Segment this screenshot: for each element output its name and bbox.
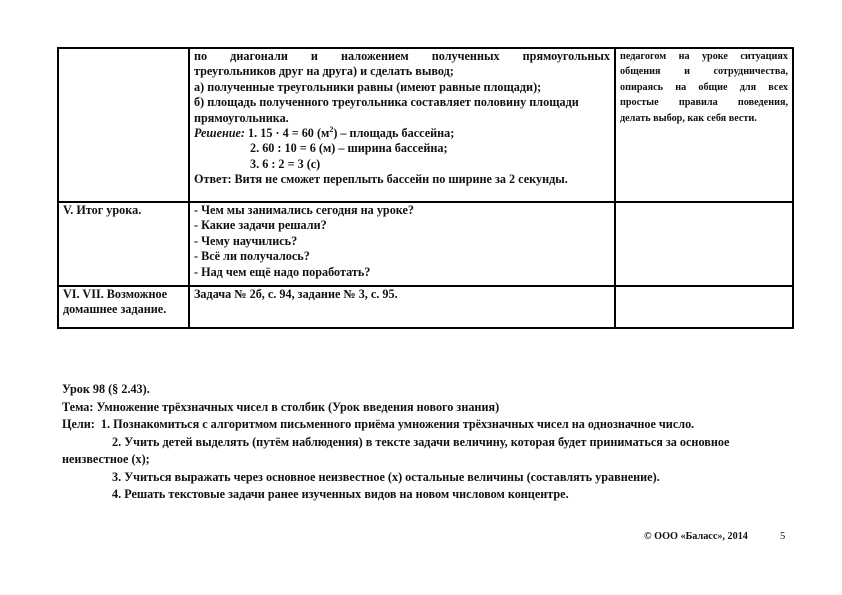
question-line: - Чем мы занимались сегодня на уроке?: [194, 203, 610, 218]
solution-step-1: Решение: 1. 15 · 4 = 60 (м2) – площадь б…: [194, 126, 610, 141]
lesson-header: Урок 98 (§ 2.43). Тема: Умножение трёхзн…: [62, 381, 792, 504]
question-line: - Чему научились?: [194, 234, 610, 249]
goal-3: 3. Учиться выражать через основное неизв…: [62, 469, 792, 487]
uud-line: общения и сотрудничества,: [620, 64, 788, 79]
goal-2-cont: неизвестное (х);: [62, 451, 792, 469]
table-row: по диагонали и наложением полученных пря…: [58, 48, 793, 202]
solution-step-3: 3. 6 : 2 = 3 (с): [194, 157, 610, 172]
uud-cell: [615, 286, 793, 328]
table-row: VI. VII. Возможное домашнее задание. Зад…: [58, 286, 793, 328]
lesson-title: Урок 98 (§ 2.43).: [62, 381, 792, 399]
activity-line: а) полученные треугольники равны (имеют …: [194, 80, 610, 95]
copyright-footer: © ООО «Баласс», 2014: [644, 531, 748, 542]
solution-step-2: 2. 60 : 10 = 6 (м) – ширина бассейна;: [194, 141, 610, 156]
stage-line: VI. VII. Возможное: [63, 287, 184, 302]
activity-cell: по диагонали и наложением полученных пря…: [189, 48, 615, 202]
question-line: - Над чем ещё надо поработать?: [194, 265, 610, 280]
uud-line: делать выбор, как себя вести.: [620, 111, 788, 126]
goal-2: 2. Учить детей выделять (путём наблюдени…: [62, 434, 792, 452]
uud-cell: педагогом на уроке ситуациях общения и с…: [615, 48, 793, 202]
homework-cell: Задача № 2б, с. 94, задание № 3, с. 95.: [189, 286, 615, 328]
answer-line: Ответ: Витя не сможет переплыть бассейн …: [194, 172, 610, 187]
stage-cell: [58, 48, 189, 202]
activity-line: треугольников друг на друга) и сделать в…: [194, 64, 610, 79]
activity-cell: - Чем мы занимались сегодня на уроке? - …: [189, 202, 615, 286]
question-line: - Всё ли получалось?: [194, 249, 610, 264]
table-row: V. Итог урока. - Чем мы занимались сегод…: [58, 202, 793, 286]
activity-line: по диагонали и наложением полученных пря…: [194, 49, 610, 64]
lesson-topic: Тема: Умножение трёхзначных чисел в стол…: [62, 399, 792, 417]
activity-line: прямоугольника.: [194, 111, 610, 126]
solution-label: Решение:: [194, 126, 245, 140]
lesson-plan-table: по диагонали и наложением полученных пря…: [57, 47, 794, 329]
uud-line: опираясь на общие для всех: [620, 80, 788, 95]
uud-line: педагогом на уроке ситуациях: [620, 49, 788, 64]
uud-line: простые правила поведения,: [620, 95, 788, 110]
stage-cell: V. Итог урока.: [58, 202, 189, 286]
document-page: по диагонали и наложением полученных пря…: [0, 0, 842, 595]
stage-line: домашнее задание.: [63, 302, 184, 317]
goal-4: 4. Решать текстовые задачи ранее изученн…: [62, 486, 792, 504]
goals-label: Цели:: [62, 417, 95, 431]
question-line: - Какие задачи решали?: [194, 218, 610, 233]
stage-cell: VI. VII. Возможное домашнее задание.: [58, 286, 189, 328]
goal-1: Цели: 1. Познакомиться с алгоритмом пись…: [62, 416, 792, 434]
page-number: 5: [780, 531, 785, 542]
activity-line: б) площадь полученного треугольника сост…: [194, 95, 610, 110]
uud-cell: [615, 202, 793, 286]
